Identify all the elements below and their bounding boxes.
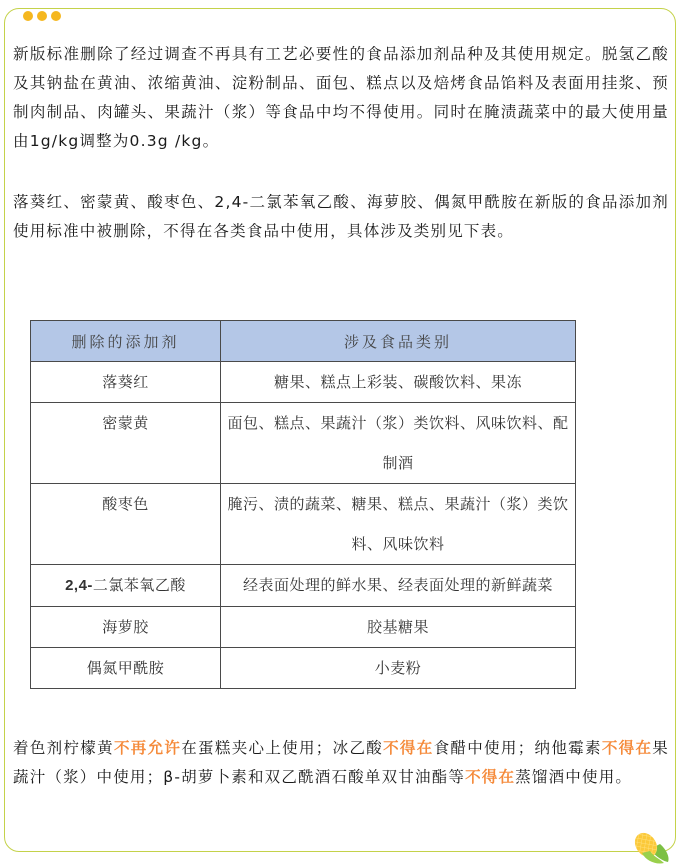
additive-cell: 密蒙黄 (31, 403, 221, 484)
decorative-dots (19, 11, 65, 23)
deleted-additives-table: 删除的添加剂 涉及食品类别 落葵红 糖果、糕点上彩装、碳酸饮料、果冻 密蒙黄 面… (30, 320, 576, 689)
column-header-additive: 删除的添加剂 (31, 321, 221, 362)
corn-icon (632, 829, 672, 865)
additive-cell: 2,4-二氯苯氧乙酸 (31, 565, 221, 607)
food-category-cell: 小麦粉 (221, 648, 576, 689)
additive-cell: 海萝胶 (31, 607, 221, 648)
food-category-cell: 糖果、糕点上彩装、碳酸饮料、果冻 (221, 362, 576, 403)
text-segment: 食醋中使用；纳他霉素 (434, 739, 602, 757)
table-row: 落葵红 糖果、糕点上彩装、碳酸饮料、果冻 (31, 362, 576, 403)
additive-cell: 偶氮甲酰胺 (31, 648, 221, 689)
food-category-cell: 胶基糖果 (221, 607, 576, 648)
highlight-text: 不得在 (602, 739, 652, 757)
table-header-row: 删除的添加剂 涉及食品类别 (31, 321, 576, 362)
food-category-cell: 面包、糕点、果蔬汁（浆）类饮料、风味饮料、配制酒 (221, 403, 576, 484)
additive-cell: 落葵红 (31, 362, 221, 403)
text-segment: 着色剂柠檬黄 (13, 739, 114, 757)
food-category-cell: 腌污、渍的蔬菜、糖果、糕点、果蔬汁（浆）类饮料、风味饮料 (221, 484, 576, 565)
additive-prefix: 2,4- (65, 577, 93, 594)
paragraph-usage-restrictions: 着色剂柠檬黄不再允许在蛋糕夹心上使用；冰乙酸不得在食醋中使用；纳他霉素不得在果蔬… (13, 734, 669, 792)
table-row: 海萝胶 胶基糖果 (31, 607, 576, 648)
food-category-cell: 经表面处理的鲜水果、经表面处理的新鲜蔬菜 (221, 565, 576, 607)
additive-cell: 酸枣色 (31, 484, 221, 565)
additive-name: 二氯苯氧乙酸 (93, 576, 186, 594)
highlight-text: 不得在 (465, 768, 515, 786)
paragraph-deleted-additives-intro: 新版标准删除了经过调查不再具有工艺必要性的食品添加剂品种及其使用规定。脱氢乙酸及… (13, 40, 669, 156)
highlight-text: 不再允许 (114, 739, 181, 757)
column-header-food-category: 涉及食品类别 (221, 321, 576, 362)
text-segment: 在蛋糕夹心上使用；冰乙酸 (181, 739, 383, 757)
dot-icon (51, 11, 61, 21)
table-row: 酸枣色 腌污、渍的蔬菜、糖果、糕点、果蔬汁（浆）类饮料、风味饮料 (31, 484, 576, 565)
table-row: 偶氮甲酰胺 小麦粉 (31, 648, 576, 689)
highlight-text: 不得在 (383, 739, 433, 757)
dot-icon (37, 11, 47, 21)
table-row: 密蒙黄 面包、糕点、果蔬汁（浆）类饮料、风味饮料、配制酒 (31, 403, 576, 484)
table-row: 2,4-二氯苯氧乙酸 经表面处理的鲜水果、经表面处理的新鲜蔬菜 (31, 565, 576, 607)
paragraph-removed-colorants: 落葵红、密蒙黄、酸枣色、2,4-二氯苯氧乙酸、海萝胶、偶氮甲酰胺在新版的食品添加… (13, 188, 669, 246)
text-segment: 蒸馏酒中使用。 (515, 768, 632, 786)
dot-icon (23, 11, 33, 21)
